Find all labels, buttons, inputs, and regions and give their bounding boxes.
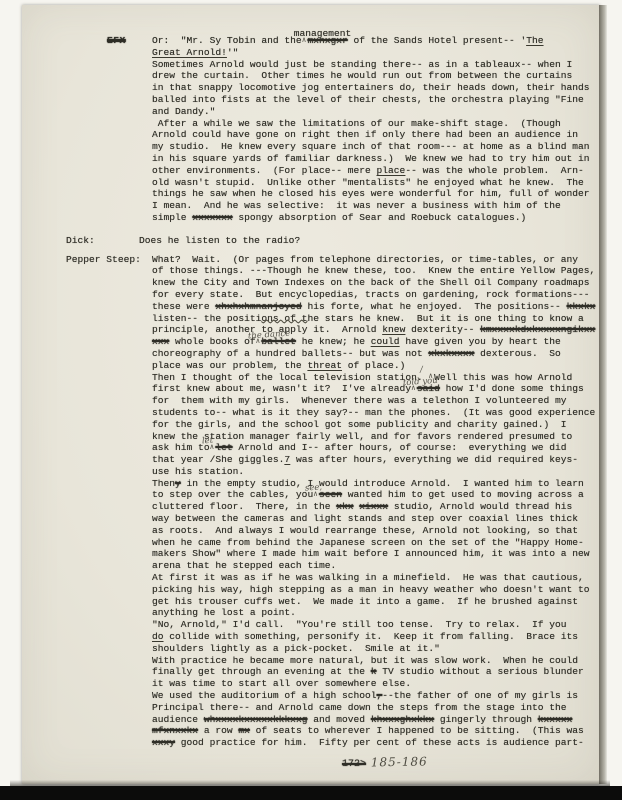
typescript-line: balled into fists at the level of their … <box>152 94 600 106</box>
typed-text: a row <box>198 725 238 736</box>
typescript-line: things he saw when he closed his eyes we… <box>152 188 600 200</box>
typescript-line: anything he lost a point. <box>152 607 600 619</box>
struck-out-text: xxxy <box>152 737 175 748</box>
typed-text: of the Sands Hotel present-- ' <box>348 35 526 46</box>
typed-text: Or: "Mr. Sy Tobin and the <box>152 35 302 46</box>
typed-text: --the father of one of my girls is <box>382 690 578 701</box>
handwritten-insertion: see,∧ <box>313 489 319 501</box>
typed-text: I mean. And he was selective: it was nev… <box>152 200 561 211</box>
dialogue-block-pepper-steep: Pepper Steep:What? Wait. (Or pages from … <box>22 254 600 749</box>
typescript-line: of those things. ---Though he knew these… <box>152 265 600 277</box>
scanned-page: EFXOr: "Mr. Sy Tobin and themanagement∧ … <box>22 5 600 784</box>
typed-text: first knew about me, wasn't it? I've alr… <box>152 383 411 394</box>
typed-text: anything he lost a point. <box>152 607 296 618</box>
typed-text: of place.) <box>342 360 405 371</box>
speaker-label: EFX <box>107 35 126 47</box>
typescript-line: when he came from behind the Japanese sc… <box>152 537 600 549</box>
underlined-text: The <box>526 35 543 46</box>
typed-text: collide with something, personify it. Ke… <box>164 631 579 642</box>
typed-text: audience <box>152 714 204 725</box>
underlined-text: Great Arnold! <box>152 47 227 58</box>
typescript-line: drew the curtain. Other times he would r… <box>152 70 600 82</box>
typed-text: it. Arnold <box>307 324 382 335</box>
typescript-line: ask him tolet∧ let Arnold and I-- after … <box>152 442 600 454</box>
speaker-label: Pepper Steep: <box>66 254 141 266</box>
typed-text: simple <box>152 212 192 223</box>
typescript-line: for every state. But encyclopedias, trac… <box>152 289 600 301</box>
typescript-line: place was our problem, the threat of pla… <box>152 360 600 372</box>
struck-out-text: mfxnxxkx <box>152 725 198 736</box>
underlined-text: do <box>152 631 164 642</box>
typescript-line: shoulders lightly as a pick-pocket. Smil… <box>152 643 600 655</box>
typescript-line: Arnold could have gone on right then if … <box>152 129 600 141</box>
typescript-line: other environments. (For place-- mere pl… <box>152 165 600 177</box>
typescript-line: for them with my girls. Whenever there w… <box>152 395 600 407</box>
typescript-line: principle, another to apply it. Arnold k… <box>152 324 600 336</box>
typed-text: knew the City and Town Indexes on the ba… <box>152 277 590 288</box>
struck-out-text: whxxxxkxxxxxkkkxxg <box>204 714 308 725</box>
typed-text: good practice for him. Fifty per cent of… <box>175 737 584 748</box>
typed-text: how I'd done some things <box>440 383 584 394</box>
typescript-line: these were xhxhxhmnanjoyed his forte, wh… <box>152 301 600 313</box>
typescript-line: and Dandy." <box>152 106 600 118</box>
handwritten-insertion: told you∧ <box>411 383 417 395</box>
typed-text: of seats to wherever I happened to be si… <box>250 725 584 736</box>
typed-text: way between the cameras and light stands… <box>152 513 578 524</box>
typed-text: gingerly through <box>434 714 538 725</box>
insertion-text: management <box>294 28 352 40</box>
typed-text: Principal there-- and Arnold came down t… <box>152 702 567 713</box>
typed-text: choreography of a hundred ballets-- but … <box>152 348 428 359</box>
struck-out-text: kxxxxx <box>538 714 573 725</box>
typescript-line: knew the station manager fairly well, an… <box>152 431 600 443</box>
typed-text: wanted him to get used to moving across … <box>342 489 584 500</box>
typescript-line: "No, Arnold," I'd call. "You're still to… <box>152 619 600 631</box>
typescript-line: in that snappy locomotive jog entertaine… <box>152 82 600 94</box>
typed-text: "No, Arnold," I'd call. "You're still to… <box>152 619 567 630</box>
typed-text: it was time to start all over somewhere … <box>152 678 411 689</box>
typescript-line: way between the cameras and light stands… <box>152 513 600 525</box>
typed-text: dexterous. So <box>474 348 560 359</box>
typed-text: to step over the cables, you <box>152 489 313 500</box>
typescript-line: my studio. He knew every square inch of … <box>152 141 600 153</box>
typed-text: picking his way, high stepping as a man … <box>152 584 590 595</box>
typescript-line: Or: "Mr. Sy Tobin and themanagement∧ mxn… <box>152 35 600 47</box>
typed-text: knew the station manager fairly well, an… <box>152 431 572 442</box>
typescript-line: audience whxxxxkxxxxxkkkxxg and moved kh… <box>152 714 600 726</box>
struck-out-text: xkxkxxxx <box>428 348 474 359</box>
scan-bottom-bar <box>0 786 622 800</box>
typed-text: finally get through an evening at the <box>152 666 371 677</box>
dialogue-block-opening: EFXOr: "Mr. Sy Tobin and themanagement∧ … <box>22 35 600 224</box>
typescript-line: Theny in the empty studio, I would intro… <box>152 478 600 490</box>
scan-edge-shadow <box>599 5 607 784</box>
typed-text: these were <box>152 301 215 312</box>
typed-text: for the girls, and the school got some p… <box>152 419 567 430</box>
typed-text: arena that he stepped each time. <box>152 560 336 571</box>
typed-text: drew the curtain. Other times he would r… <box>152 70 572 81</box>
typed-text: cluttered floor. There, in the <box>152 501 336 512</box>
typed-text: of those things. ---Though he knew these… <box>152 265 595 276</box>
typed-text: '" <box>227 47 239 58</box>
typescript-line: it was time to start all over somewhere … <box>152 678 600 690</box>
typed-text: for every state. But encyclopedias, trac… <box>152 289 590 300</box>
typescript-line: cluttered floor. There, in the xkx xixxx… <box>152 501 600 513</box>
typed-text: in his square yards of familiar darkness… <box>152 153 590 164</box>
typed-text: We used the auditorium of a high school <box>152 690 377 701</box>
typed-text: for them with my girls. Whenever there w… <box>152 395 567 406</box>
insertion-text: see, <box>305 482 323 495</box>
typed-text: as roots. And always I would rearrange t… <box>152 525 578 536</box>
typed-text: he knew; he <box>296 336 371 347</box>
struck-out-text: mx <box>238 725 250 736</box>
typed-text: place was our problem, the <box>152 360 307 371</box>
struck-out-text: seen <box>319 489 342 500</box>
typescript-line: old wasn't stupid. Unlike other "mentali… <box>152 177 600 189</box>
typescript-line: as roots. And always I would rearrange t… <box>152 525 600 537</box>
typescript-line: Then I thought of the local television s… <box>152 372 600 384</box>
dialogue-block-dick: Dick:Does he listen to the radio? <box>22 235 600 247</box>
underlined-text: threat <box>307 360 342 371</box>
typescript-line: arena that he stepped each time. <box>152 560 600 572</box>
typescript-line: first knew about me, wasn't it? I've alr… <box>152 383 600 395</box>
typed-text: After a while we saw the limitations of … <box>152 118 561 129</box>
typed-text: Well this was how Arnold <box>434 372 572 383</box>
typed-text: With practice he became more natural, bu… <box>152 655 578 666</box>
typed-text: Then I thought of the local television s… <box>152 372 428 383</box>
typed-text: students to-- what is it they say?-- man… <box>152 407 595 418</box>
typescript-line: What? Wait. (Or pages from telephone dir… <box>152 254 600 266</box>
struck-out-text: xhxhxhmnanjoyed <box>215 301 301 312</box>
typed-text: that year /She giggles. <box>152 454 284 465</box>
typed-text: Then <box>152 478 175 489</box>
typescript-line: Principal there-- and Arnold came down t… <box>152 702 600 714</box>
page-number: 172> 185-186 <box>22 755 600 772</box>
typescript-line: xxx whole books ofthe dance∧ ballet he k… <box>152 336 600 348</box>
speaker-label: Dick: <box>66 235 95 247</box>
typed-text: other environments. (For place-- mere <box>152 165 377 176</box>
struck-out-text: khxxxghxkkx <box>371 714 434 725</box>
struck-out-text: 172> <box>342 759 366 770</box>
handwritten-text: 185-186 <box>366 754 428 769</box>
typescript-line: for the girls, and the school got some p… <box>152 419 600 431</box>
typed-text: TV studio without a serious blunder <box>377 666 584 677</box>
typed-text: Arnold could have gone on right then if … <box>152 129 578 140</box>
underlined-text: knew <box>382 324 405 335</box>
typed-insertion: management∧ <box>302 35 308 47</box>
insertion-text: let <box>201 435 213 448</box>
typed-text: What? Wait. (Or pages from telephone dir… <box>152 254 578 265</box>
typescript-line: to step over the cables, yousee,∧ seen w… <box>152 489 600 501</box>
typed-text: principle, another <box>152 324 261 335</box>
typed-text: Sometimes Arnold would just be standing … <box>152 59 572 70</box>
typed-text: old wasn't stupid. Unlike other "mentali… <box>152 177 584 188</box>
typed-text: when he came from behind the Japanese sc… <box>152 537 584 548</box>
typed-text: whole books of <box>169 336 255 347</box>
typescript-line: choreography of a hundred ballets-- but … <box>152 348 600 360</box>
typescript-line: listen-- the positions of the stars he k… <box>152 313 600 325</box>
typed-text: in the empty studio, I would introduce A… <box>181 478 584 489</box>
typed-text: things he saw when he closed his eyes we… <box>152 188 590 199</box>
struck-out-text: xkx <box>336 501 353 512</box>
typescript-line: Sometimes Arnold would just be standing … <box>152 59 600 71</box>
typed-text: -- was the whole problem. Arn- <box>405 165 583 176</box>
typescript-text: EFXOr: "Mr. Sy Tobin and themanagement∧ … <box>22 35 600 749</box>
typescript-line: We used the auditorium of a high school,… <box>152 690 600 702</box>
typed-text: shoulders lightly as a pick-pocket. Smil… <box>152 643 440 654</box>
typed-text: and Dandy." <box>152 106 215 117</box>
struck-out-text: kkxkx <box>567 301 596 312</box>
typed-text: use his station. <box>152 466 244 477</box>
insertion-text: the dance <box>247 328 290 343</box>
underlined-text: could <box>371 336 400 347</box>
typed-text: At first it was as if he was walking in … <box>152 572 584 583</box>
typed-text: Arnold and I-- after hours, of course: e… <box>233 442 567 453</box>
typescript-line: At first it was as if he was walking in … <box>152 572 600 584</box>
typescript-line: With practice he became more natural, bu… <box>152 655 600 667</box>
typescript-line: Great Arnold!'" <box>152 47 600 59</box>
typed-text: get his trouser cuffs wet. We made it in… <box>152 596 578 607</box>
typescript-line: simple xxxxxxx spongy absorption of Sear… <box>152 212 600 224</box>
handwritten-insertion: let∧ <box>210 442 216 454</box>
typed-text: listen-- the positions of the stars he k… <box>152 313 584 324</box>
typescript-line: mfxnxxkx a row mx of seats to wherever I… <box>152 725 600 737</box>
typescript-line: xxxy good practice for him. Fifty per ce… <box>152 737 600 749</box>
struck-out-text: xixxx <box>359 501 388 512</box>
typescript-line: makers Show" where I made him wait befor… <box>152 548 600 560</box>
typed-text: ask him to <box>152 442 210 453</box>
handwritten-insertion: the dance∧ <box>256 336 262 348</box>
typed-text: and moved <box>307 714 370 725</box>
insertion-text: told you <box>403 375 439 389</box>
typescript-line: that year /She giggles.7 was after hours… <box>152 454 600 466</box>
typescript-line: I mean. And he was selective: it was nev… <box>152 200 600 212</box>
typescript-line: get his trouser cuffs wet. We made it in… <box>152 596 600 608</box>
typed-text: have given you by heart the <box>400 336 561 347</box>
typescript-line: Does he listen to the radio? <box>139 235 600 247</box>
typescript-line: picking his way, high stepping as a man … <box>152 584 600 596</box>
typescript-line: use his station. <box>152 466 600 478</box>
typed-text: was after hours, everything we did requi… <box>290 454 578 465</box>
typescript-line: students to-- what is it they say?-- man… <box>152 407 600 419</box>
typescript-line: After a while we saw the limitations of … <box>152 118 600 130</box>
struck-out-text: xxxxxxx <box>192 212 232 223</box>
typescript-line: do collide with something, personify it.… <box>152 631 600 643</box>
struck-out-text: let <box>215 442 232 453</box>
typed-text: balled into fists at the level of their … <box>152 94 584 105</box>
typescript-line: finally get through an evening at the k … <box>152 666 600 678</box>
typed-text: in that snappy locomotive jog entertaine… <box>152 82 590 93</box>
typed-text: dexterity-- <box>405 324 480 335</box>
typed-text: spongy absorption of Sear and Roebuck ca… <box>233 212 527 223</box>
struck-out-text: xxx <box>152 336 169 347</box>
typed-text: studio, Arnold would thread his <box>388 501 572 512</box>
typed-text: my studio. He knew every square inch of … <box>152 141 590 152</box>
typed-text: Does he listen to the radio? <box>139 235 300 246</box>
typed-text: his forte, what he enjoyed. The position… <box>302 301 567 312</box>
struck-out-text: kmxxxxkdxkxxxxngikxx <box>480 324 595 335</box>
typescript-line: knew the City and Town Indexes on the ba… <box>152 277 600 289</box>
typed-text: makers Show" where I made him wait befor… <box>152 548 590 559</box>
typescript-line: in his square yards of familiar darkness… <box>152 153 600 165</box>
underlined-text: place <box>377 165 406 176</box>
